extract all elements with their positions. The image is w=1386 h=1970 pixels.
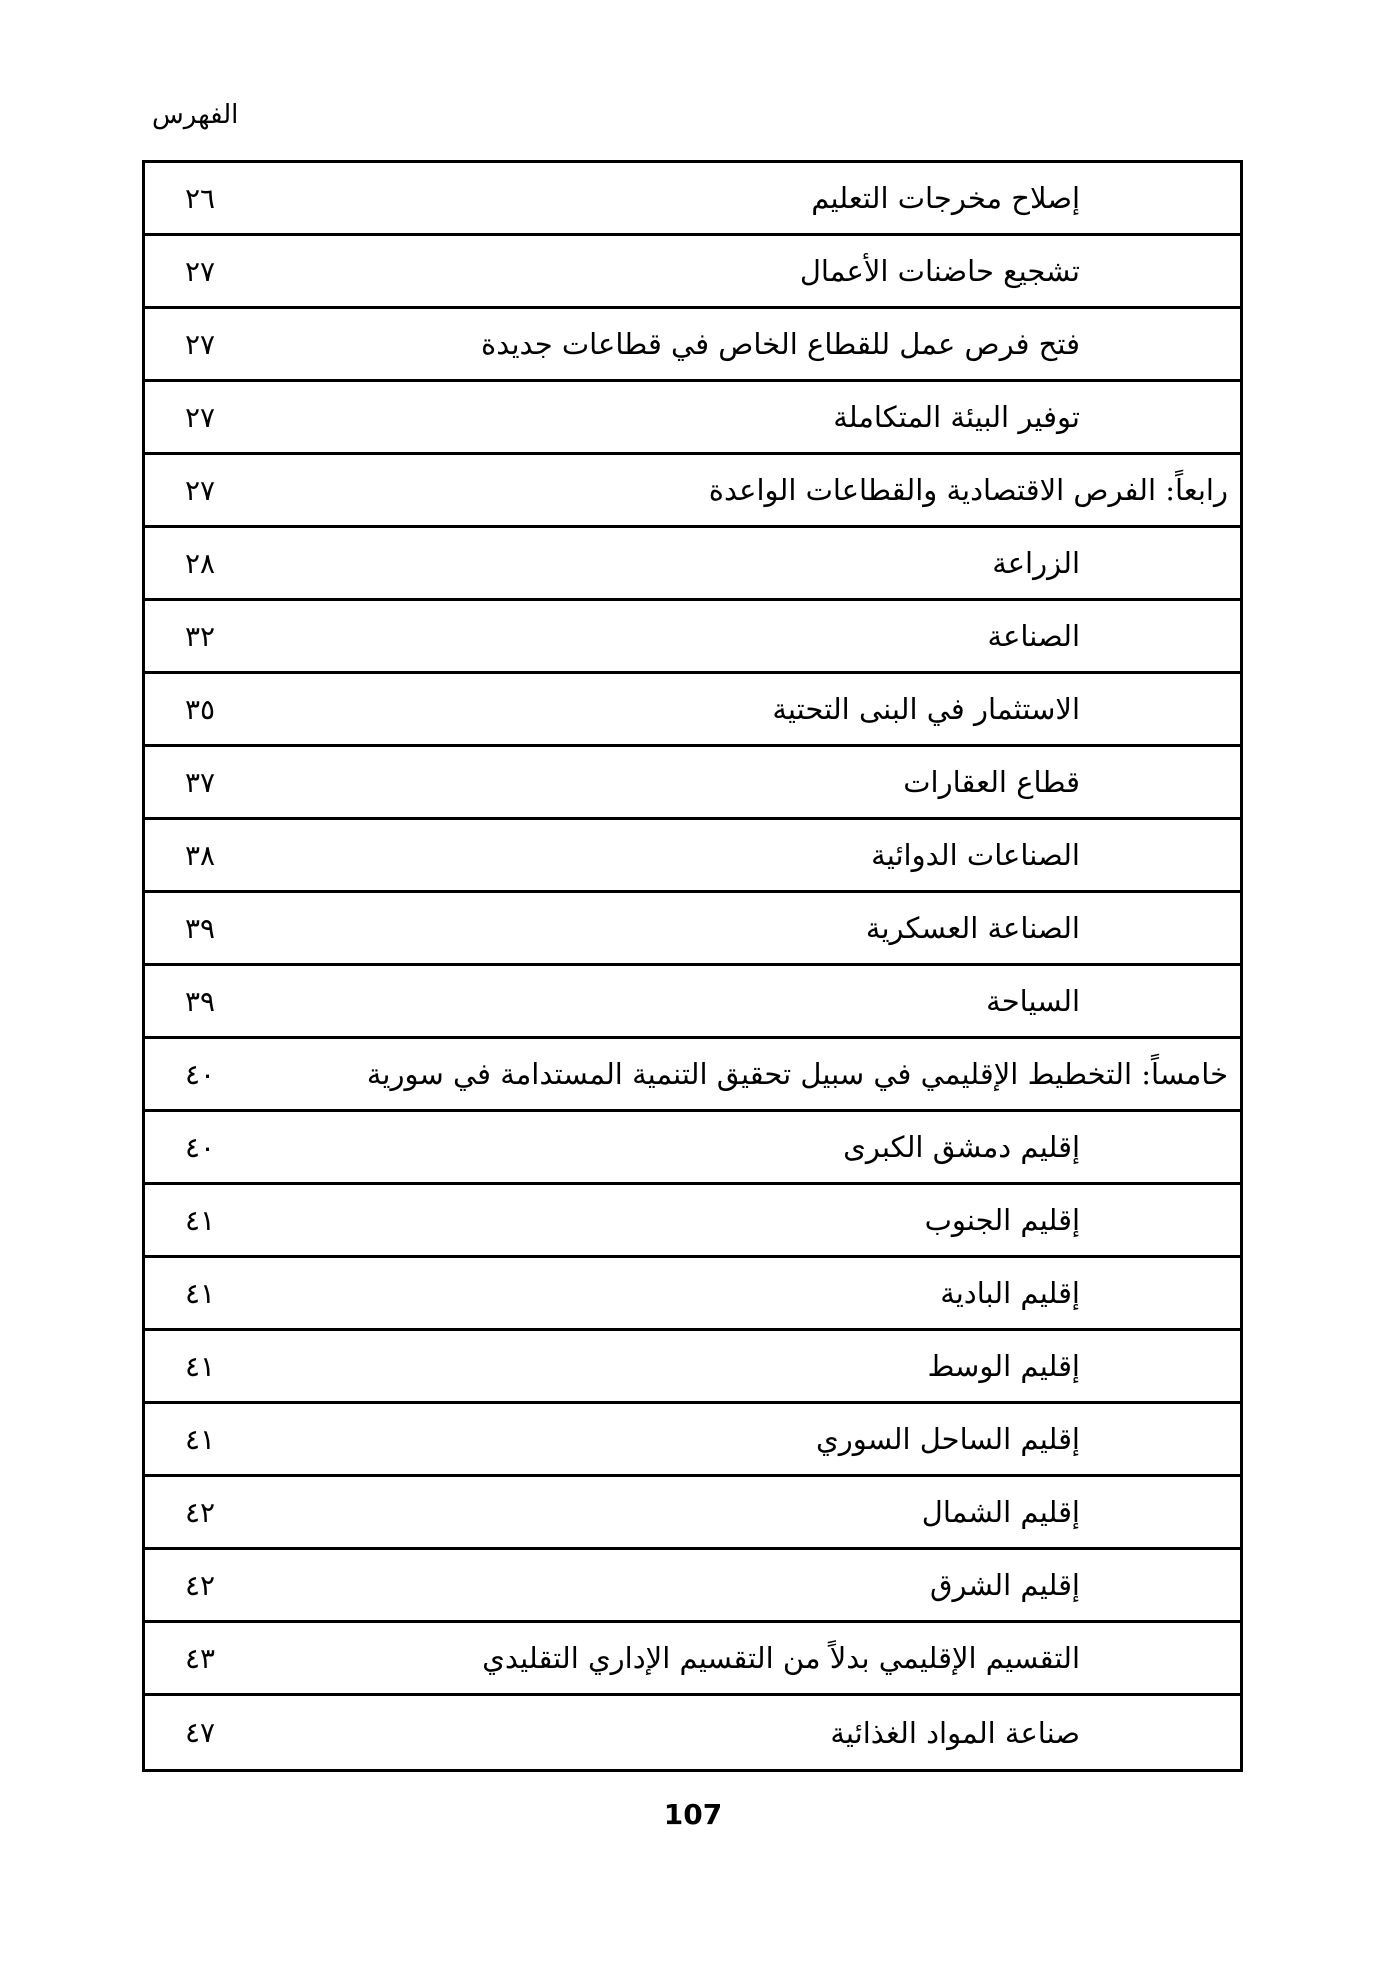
toc-entry-page: ٣٨ [185,820,215,890]
toc-entry-title: قطاع العقارات [903,747,1080,817]
toc-entry-page: ٣٥ [185,674,215,744]
toc-row[interactable]: إقليم البادية ٤١ [145,1258,1240,1331]
toc-entry-title: الصناعة العسكرية [866,893,1080,963]
toc-entry-title: تشجيع حاضنات الأعمال [800,236,1080,306]
toc-entry-title: إقليم دمشق الكبرى [843,1112,1080,1182]
toc-entry-page: ٤٧ [185,1696,215,1769]
toc-row[interactable]: إقليم الشرق ٤٢ [145,1550,1240,1623]
toc-entry-page: ٢٧ [185,236,215,306]
toc-row[interactable]: إقليم الجنوب ٤١ [145,1185,1240,1258]
toc-entry-title: توفير البيئة المتكاملة [833,382,1080,452]
toc-entry-page: ٤٠ [185,1112,215,1182]
toc-entry-title: إقليم الشمال [922,1477,1080,1547]
toc-row[interactable]: تشجيع حاضنات الأعمال ٢٧ [145,236,1240,309]
toc-entry-title: الزراعة [992,528,1080,598]
running-header-title: الفهرس [152,100,238,130]
toc-entry-page: ٤٠ [185,1039,215,1109]
toc-row[interactable]: إصلاح مخرجات التعليم ٢٦ [145,163,1240,236]
toc-row[interactable]: صناعة المواد الغذائية ٤٧ [145,1696,1240,1769]
toc-entry-page: ٣٢ [185,601,215,671]
toc-row[interactable]: إقليم دمشق الكبرى ٤٠ [145,1112,1240,1185]
toc-row[interactable]: توفير البيئة المتكاملة ٢٧ [145,382,1240,455]
toc-entry-page: ٤١ [185,1404,215,1474]
toc-entry-page: ٣٩ [185,966,215,1036]
toc-row[interactable]: إقليم الساحل السوري ٤١ [145,1404,1240,1477]
toc-entry-page: ٢٦ [185,163,215,233]
toc-entry-page: ٣٩ [185,893,215,963]
toc-entry-title: صناعة المواد الغذائية [830,1696,1080,1769]
toc-entry-page: ٣٧ [185,747,215,817]
toc-entry-title: السياحة [986,966,1080,1036]
toc-row[interactable]: قطاع العقارات ٣٧ [145,747,1240,820]
toc-section-title: خامساً: التخطيط الإقليمي في سبيل تحقيق ا… [367,1039,1228,1109]
toc-entry-page: ٤٢ [185,1550,215,1620]
toc-entry-title: الصناعة [988,601,1080,671]
toc-entry-page: ٤١ [185,1258,215,1328]
toc-entry-title: فتح فرص عمل للقطاع الخاص في قطاعات جديدة [481,309,1080,379]
toc-entry-page: ٢٧ [185,455,215,525]
toc-entry-page: ٢٧ [185,309,215,379]
toc-row[interactable]: الصناعات الدوائية ٣٨ [145,820,1240,893]
toc-entry-page: ٤١ [185,1185,215,1255]
toc-entry-title: إقليم الوسط [928,1331,1081,1401]
toc-row[interactable]: الصناعة ٣٢ [145,601,1240,674]
toc-entry-page: ٢٨ [185,528,215,598]
page-number: 107 [0,1798,1386,1831]
toc-entry-page: ٤١ [185,1331,215,1401]
toc-section-row[interactable]: خامساً: التخطيط الإقليمي في سبيل تحقيق ا… [145,1039,1240,1112]
toc-entry-title: إقليم البادية [940,1258,1080,1328]
toc-entry-title: الصناعات الدوائية [871,820,1080,890]
toc-row[interactable]: إقليم الوسط ٤١ [145,1331,1240,1404]
toc-entry-title: إصلاح مخرجات التعليم [811,163,1080,233]
toc-row[interactable]: فتح فرص عمل للقطاع الخاص في قطاعات جديدة… [145,309,1240,382]
toc-row[interactable]: الاستثمار في البنى التحتية ٣٥ [145,674,1240,747]
toc-row[interactable]: الصناعة العسكرية ٣٩ [145,893,1240,966]
toc-entry-page: ٢٧ [185,382,215,452]
toc-row[interactable]: الزراعة ٢٨ [145,528,1240,601]
toc-entry-title: الاستثمار في البنى التحتية [772,674,1080,744]
toc-entry-page: ٤٢ [185,1477,215,1547]
toc-table: إصلاح مخرجات التعليم ٢٦ تشجيع حاضنات الأ… [142,160,1243,1772]
toc-row[interactable]: التقسيم الإقليمي بدلاً من التقسيم الإدار… [145,1623,1240,1696]
toc-section-title: رابعاً: الفرص الاقتصادية والقطاعات الواع… [709,455,1228,525]
toc-entry-title: التقسيم الإقليمي بدلاً من التقسيم الإدار… [482,1623,1080,1693]
toc-row[interactable]: إقليم الشمال ٤٢ [145,1477,1240,1550]
toc-row[interactable]: السياحة ٣٩ [145,966,1240,1039]
toc-entry-title: إقليم الجنوب [925,1185,1080,1255]
toc-entry-page: ٤٣ [185,1623,215,1693]
toc-section-row[interactable]: رابعاً: الفرص الاقتصادية والقطاعات الواع… [145,455,1240,528]
toc-entry-title: إقليم الساحل السوري [816,1404,1080,1474]
toc-entry-title: إقليم الشرق [930,1550,1080,1620]
